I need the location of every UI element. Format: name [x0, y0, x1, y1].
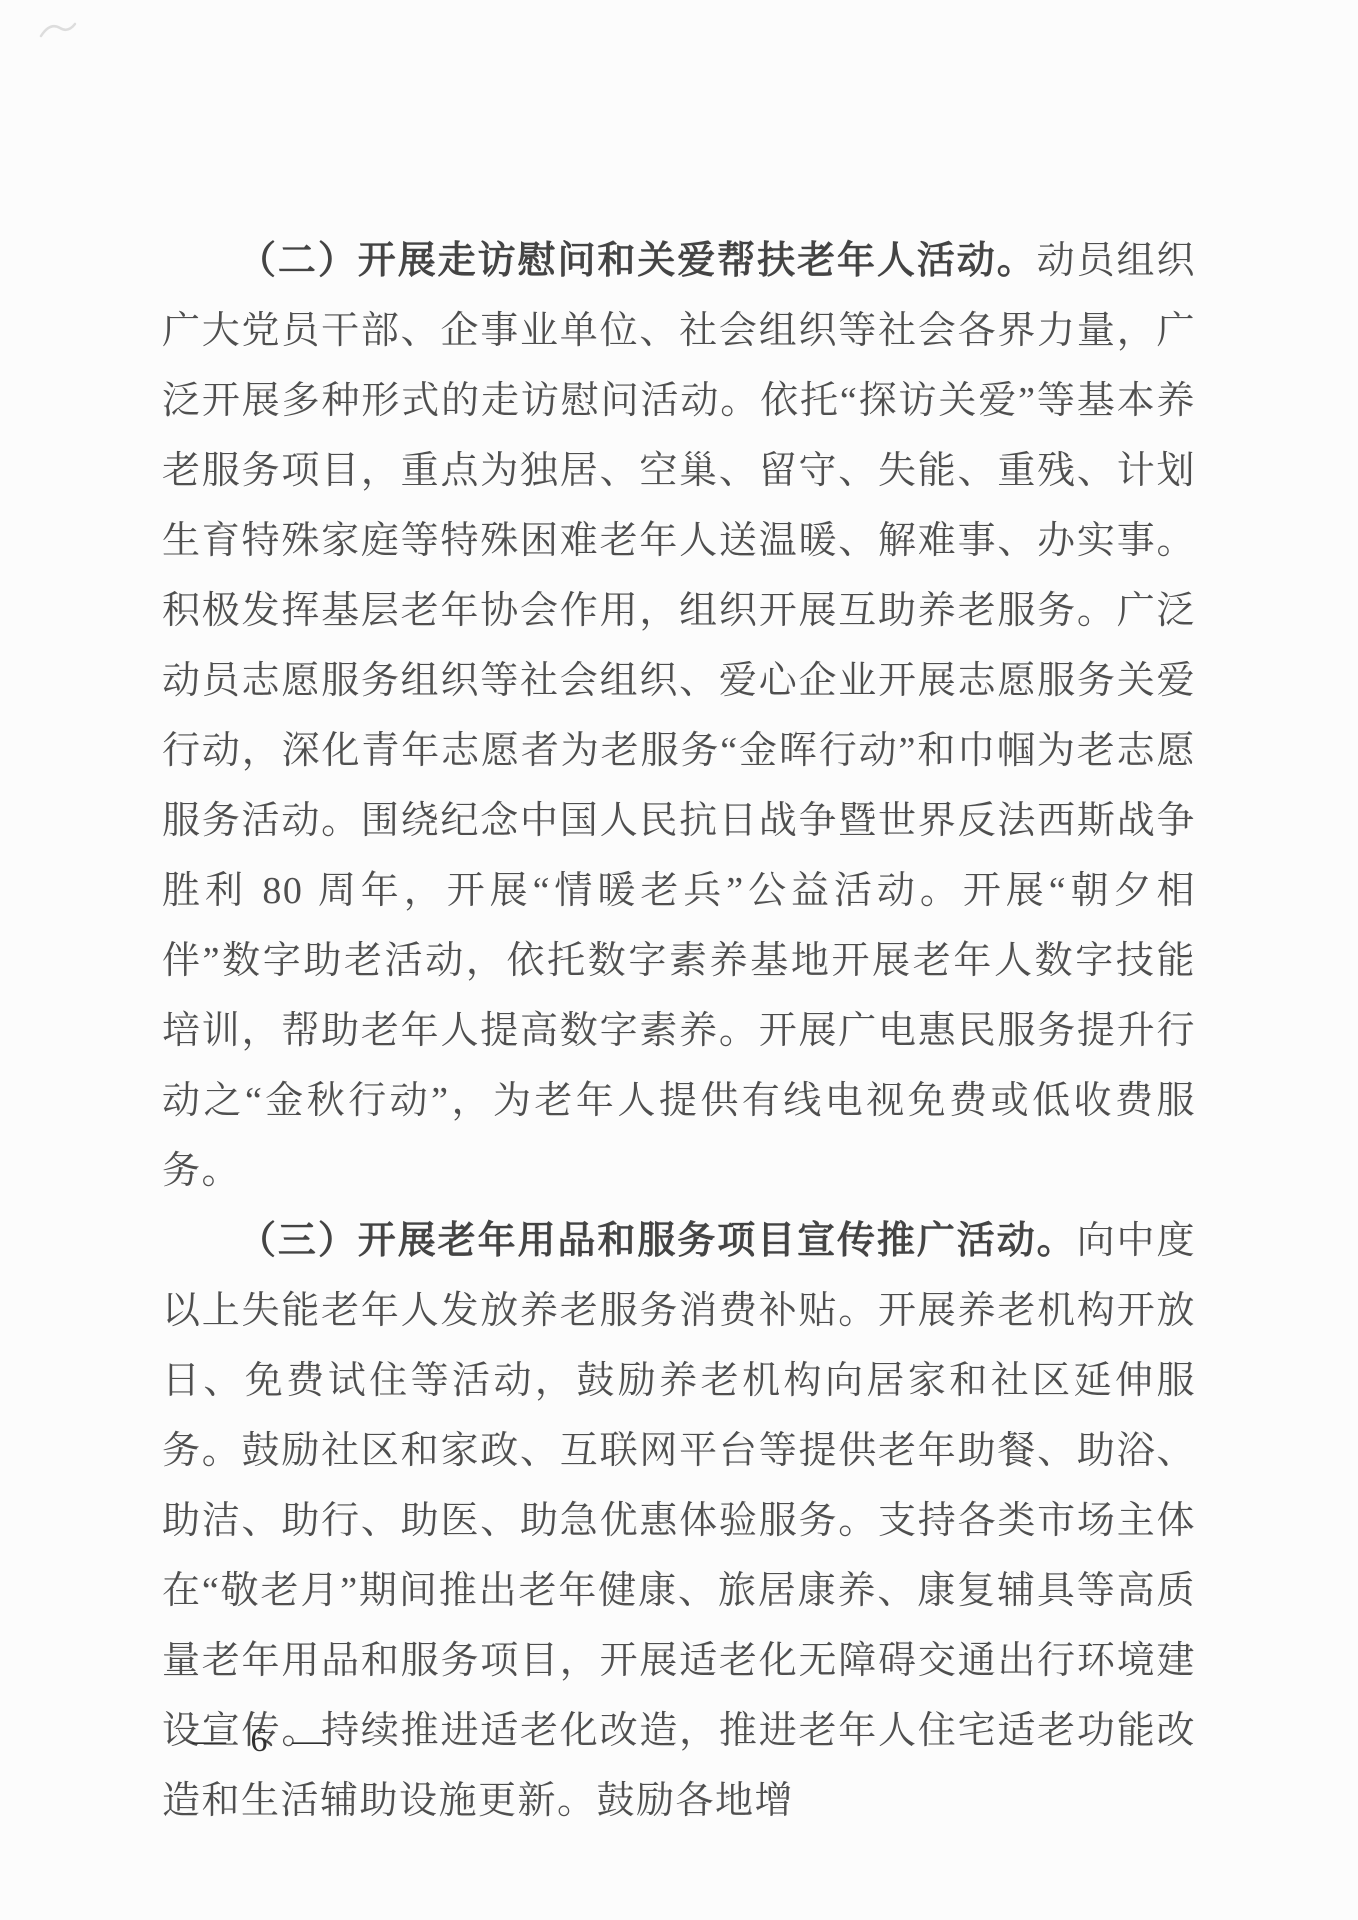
page-number: — 6 —: [192, 1722, 334, 1760]
paragraph-2-heading: （二）开展走访慰问和关爱帮扶老年人活动。: [238, 240, 1037, 282]
paragraph-2: （二）开展走访慰问和关爱帮扶老年人活动。动员组织广大党员干部、企事业单位、社会组…: [162, 226, 1196, 1206]
paragraph-3-heading: （三）开展老年用品和服务项目宣传推广活动。: [238, 1220, 1077, 1262]
scan-smudge-artifact-icon: [38, 16, 78, 49]
paragraph-2-body: 动员组织广大党员干部、企事业单位、社会组织等社会各界力量，广泛开展多种形式的走访…: [162, 240, 1196, 1192]
document-body-text: （二）开展走访慰问和关爱帮扶老年人活动。动员组织广大党员干部、企事业单位、社会组…: [162, 226, 1196, 1836]
